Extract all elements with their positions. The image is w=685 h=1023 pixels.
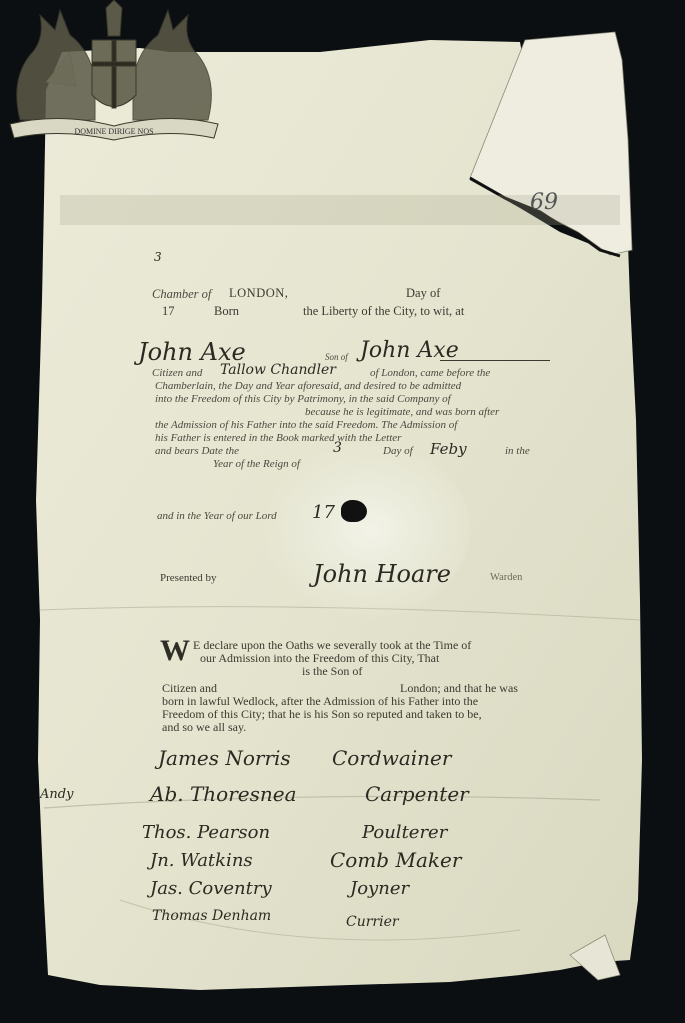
petition-line7-c: in the — [505, 445, 530, 457]
petition-line9: and in the Year of our Lord — [157, 510, 277, 522]
witness-name: Jas. Coventry — [150, 878, 272, 899]
petition-line8: Year of the Reign of — [213, 458, 300, 470]
witness-name: Jn. Watkins — [150, 850, 253, 871]
header-day-of: Day of — [406, 286, 440, 301]
year-value: 17 — [312, 502, 335, 523]
witness-trade: Comb Maker — [330, 848, 461, 872]
petition-line1-a: Citizen and — [152, 367, 202, 379]
petition-line4: because he is legitimate, and was born a… — [305, 406, 499, 418]
date-month: Feby — [430, 440, 467, 458]
witness-name: Thos. Pearson — [142, 822, 270, 843]
header-chamber: Chamber of — [152, 287, 211, 302]
son-of-label: Son of — [325, 352, 348, 362]
presented-role: Warden — [490, 572, 522, 583]
document-sheet: DOMINE DIRIGE NOS 3 69 Chamber of LONDON… — [0, 0, 685, 1023]
presented-label: Presented by — [160, 572, 217, 584]
witness-trade: Cordwainer — [332, 746, 451, 770]
header-born: Born — [214, 304, 239, 319]
petition-line7-a: and bears Date the — [155, 445, 239, 457]
petition-line1-b: of London, came before the — [370, 367, 490, 379]
witness-trade: Carpenter — [365, 782, 469, 806]
witness-name: Thomas Denham — [152, 908, 271, 924]
declaration-dropcap: W — [160, 636, 190, 666]
witness-trade: Joyner — [350, 878, 409, 899]
witness-trade: Poulterer — [362, 822, 447, 843]
witness-trade: Currier — [346, 914, 399, 930]
header-london: LONDON, — [229, 286, 288, 301]
company-name: Tallow Chandler — [220, 362, 336, 378]
witness-name: James Norris — [158, 746, 291, 770]
header-year-prefix: 17 — [162, 304, 175, 319]
declaration-line7: and so we all say. — [162, 720, 246, 735]
petition-line6: his Father is entered in the Book marked… — [155, 432, 401, 444]
corner-annotation: 69 — [530, 190, 558, 215]
petition-line7-b: Day of — [383, 445, 413, 457]
witness-name: Ab. Thoresnea — [150, 782, 297, 806]
ink-blot — [341, 500, 367, 522]
corner-mark: 3 — [154, 250, 162, 264]
declaration-line3: is the Son of — [302, 664, 362, 679]
date-day: 3 — [333, 440, 342, 456]
petition-line5: the Admission of his Father into the sai… — [155, 419, 457, 431]
header-liberty: the Liberty of the City, to wit, at — [303, 304, 464, 319]
coat-of-arms-icon: DOMINE DIRIGE NOS — [0, 0, 228, 142]
signature-rule — [440, 360, 550, 361]
presented-name: John Hoare — [313, 560, 451, 588]
margin-note: Andy — [40, 787, 73, 802]
petition-line2: Chamberlain, the Day and Year aforesaid,… — [155, 380, 461, 392]
petition-line3: into the Freedom of this City by Patrimo… — [155, 393, 451, 405]
crest-motto: DOMINE DIRIGE NOS — [74, 127, 153, 136]
